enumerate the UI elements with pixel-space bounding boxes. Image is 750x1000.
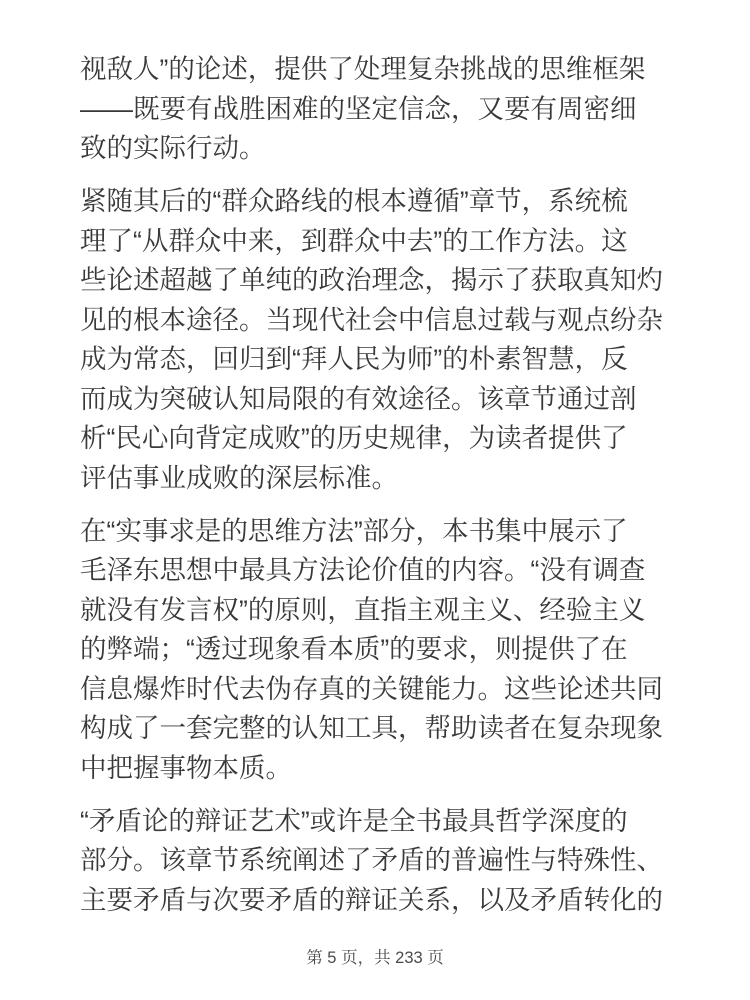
text-line: 主要矛盾与次要矛盾的辩证关系，以及矛盾转化的 <box>80 881 680 921</box>
text-line: “矛盾论的辩证艺术”或许是全书最具哲学深度的 <box>80 802 680 842</box>
text-line: 中把握事物本质。 <box>80 749 680 789</box>
text-line: 毛泽东思想中最具方法论价值的内容。“没有调查 <box>80 551 680 591</box>
page-footer: 第 5 页，共 233 页 <box>0 948 750 968</box>
text-line: 在“实事求是的思维方法”部分，本书集中展示了 <box>80 512 680 552</box>
text-line: 部分。该章节系统阐述了矛盾的普遍性与特殊性、 <box>80 841 680 881</box>
document-page: 视敌人”的论述，提供了处理复杂挑战的思维框架——既要有战胜困难的坚定信念，又要有… <box>0 0 750 1000</box>
text-line: 些论述超越了单纯的政治理念，揭示了获取真知灼 <box>80 261 680 301</box>
page-text-content: 视敌人”的论述，提供了处理复杂挑战的思维框架——既要有战胜困难的坚定信念，又要有… <box>80 50 680 920</box>
paragraph: 紧随其后的“群众路线的根本遵循”章节，系统梳理了“从群众中来，到群众中去”的工作… <box>80 182 680 498</box>
text-line: 成为常态，回归到“拜人民为师”的朴素智慧，反 <box>80 340 680 380</box>
text-line: 构成了一套完整的认知工具，帮助读者在复杂现象 <box>80 709 680 749</box>
paragraph: 在“实事求是的思维方法”部分，本书集中展示了毛泽东思想中最具方法论价值的内容。“… <box>80 512 680 789</box>
text-line: 致的实际行动。 <box>80 129 680 169</box>
text-line: 析“民心向背定成败”的历史规律，为读者提供了 <box>80 419 680 459</box>
text-line: 见的根本途径。当现代社会中信息过载与观点纷杂 <box>80 301 680 341</box>
text-line: 评估事业成败的深层标准。 <box>80 459 680 499</box>
text-line: ——既要有战胜困难的坚定信念，又要有周密细 <box>80 90 680 130</box>
text-line: 紧随其后的“群众路线的根本遵循”章节，系统梳 <box>80 182 680 222</box>
text-line: 视敌人”的论述，提供了处理复杂挑战的思维框架 <box>80 50 680 90</box>
text-line: 就没有发言权”的原则，直指主观主义、经验主义 <box>80 591 680 631</box>
text-line: 信息爆炸时代去伪存真的关键能力。这些论述共同 <box>80 670 680 710</box>
text-line: 的弊端；“透过现象看本质”的要求，则提供了在 <box>80 630 680 670</box>
paragraph: “矛盾论的辩证艺术”或许是全书最具哲学深度的部分。该章节系统阐述了矛盾的普遍性与… <box>80 802 680 921</box>
text-line: 理了“从群众中来，到群众中去”的工作方法。这 <box>80 222 680 262</box>
text-line: 而成为突破认知局限的有效途径。该章节通过剖 <box>80 380 680 420</box>
paragraph: 视敌人”的论述，提供了处理复杂挑战的思维框架——既要有战胜困难的坚定信念，又要有… <box>80 50 680 169</box>
page-indicator: 第 5 页，共 233 页 <box>306 949 444 967</box>
